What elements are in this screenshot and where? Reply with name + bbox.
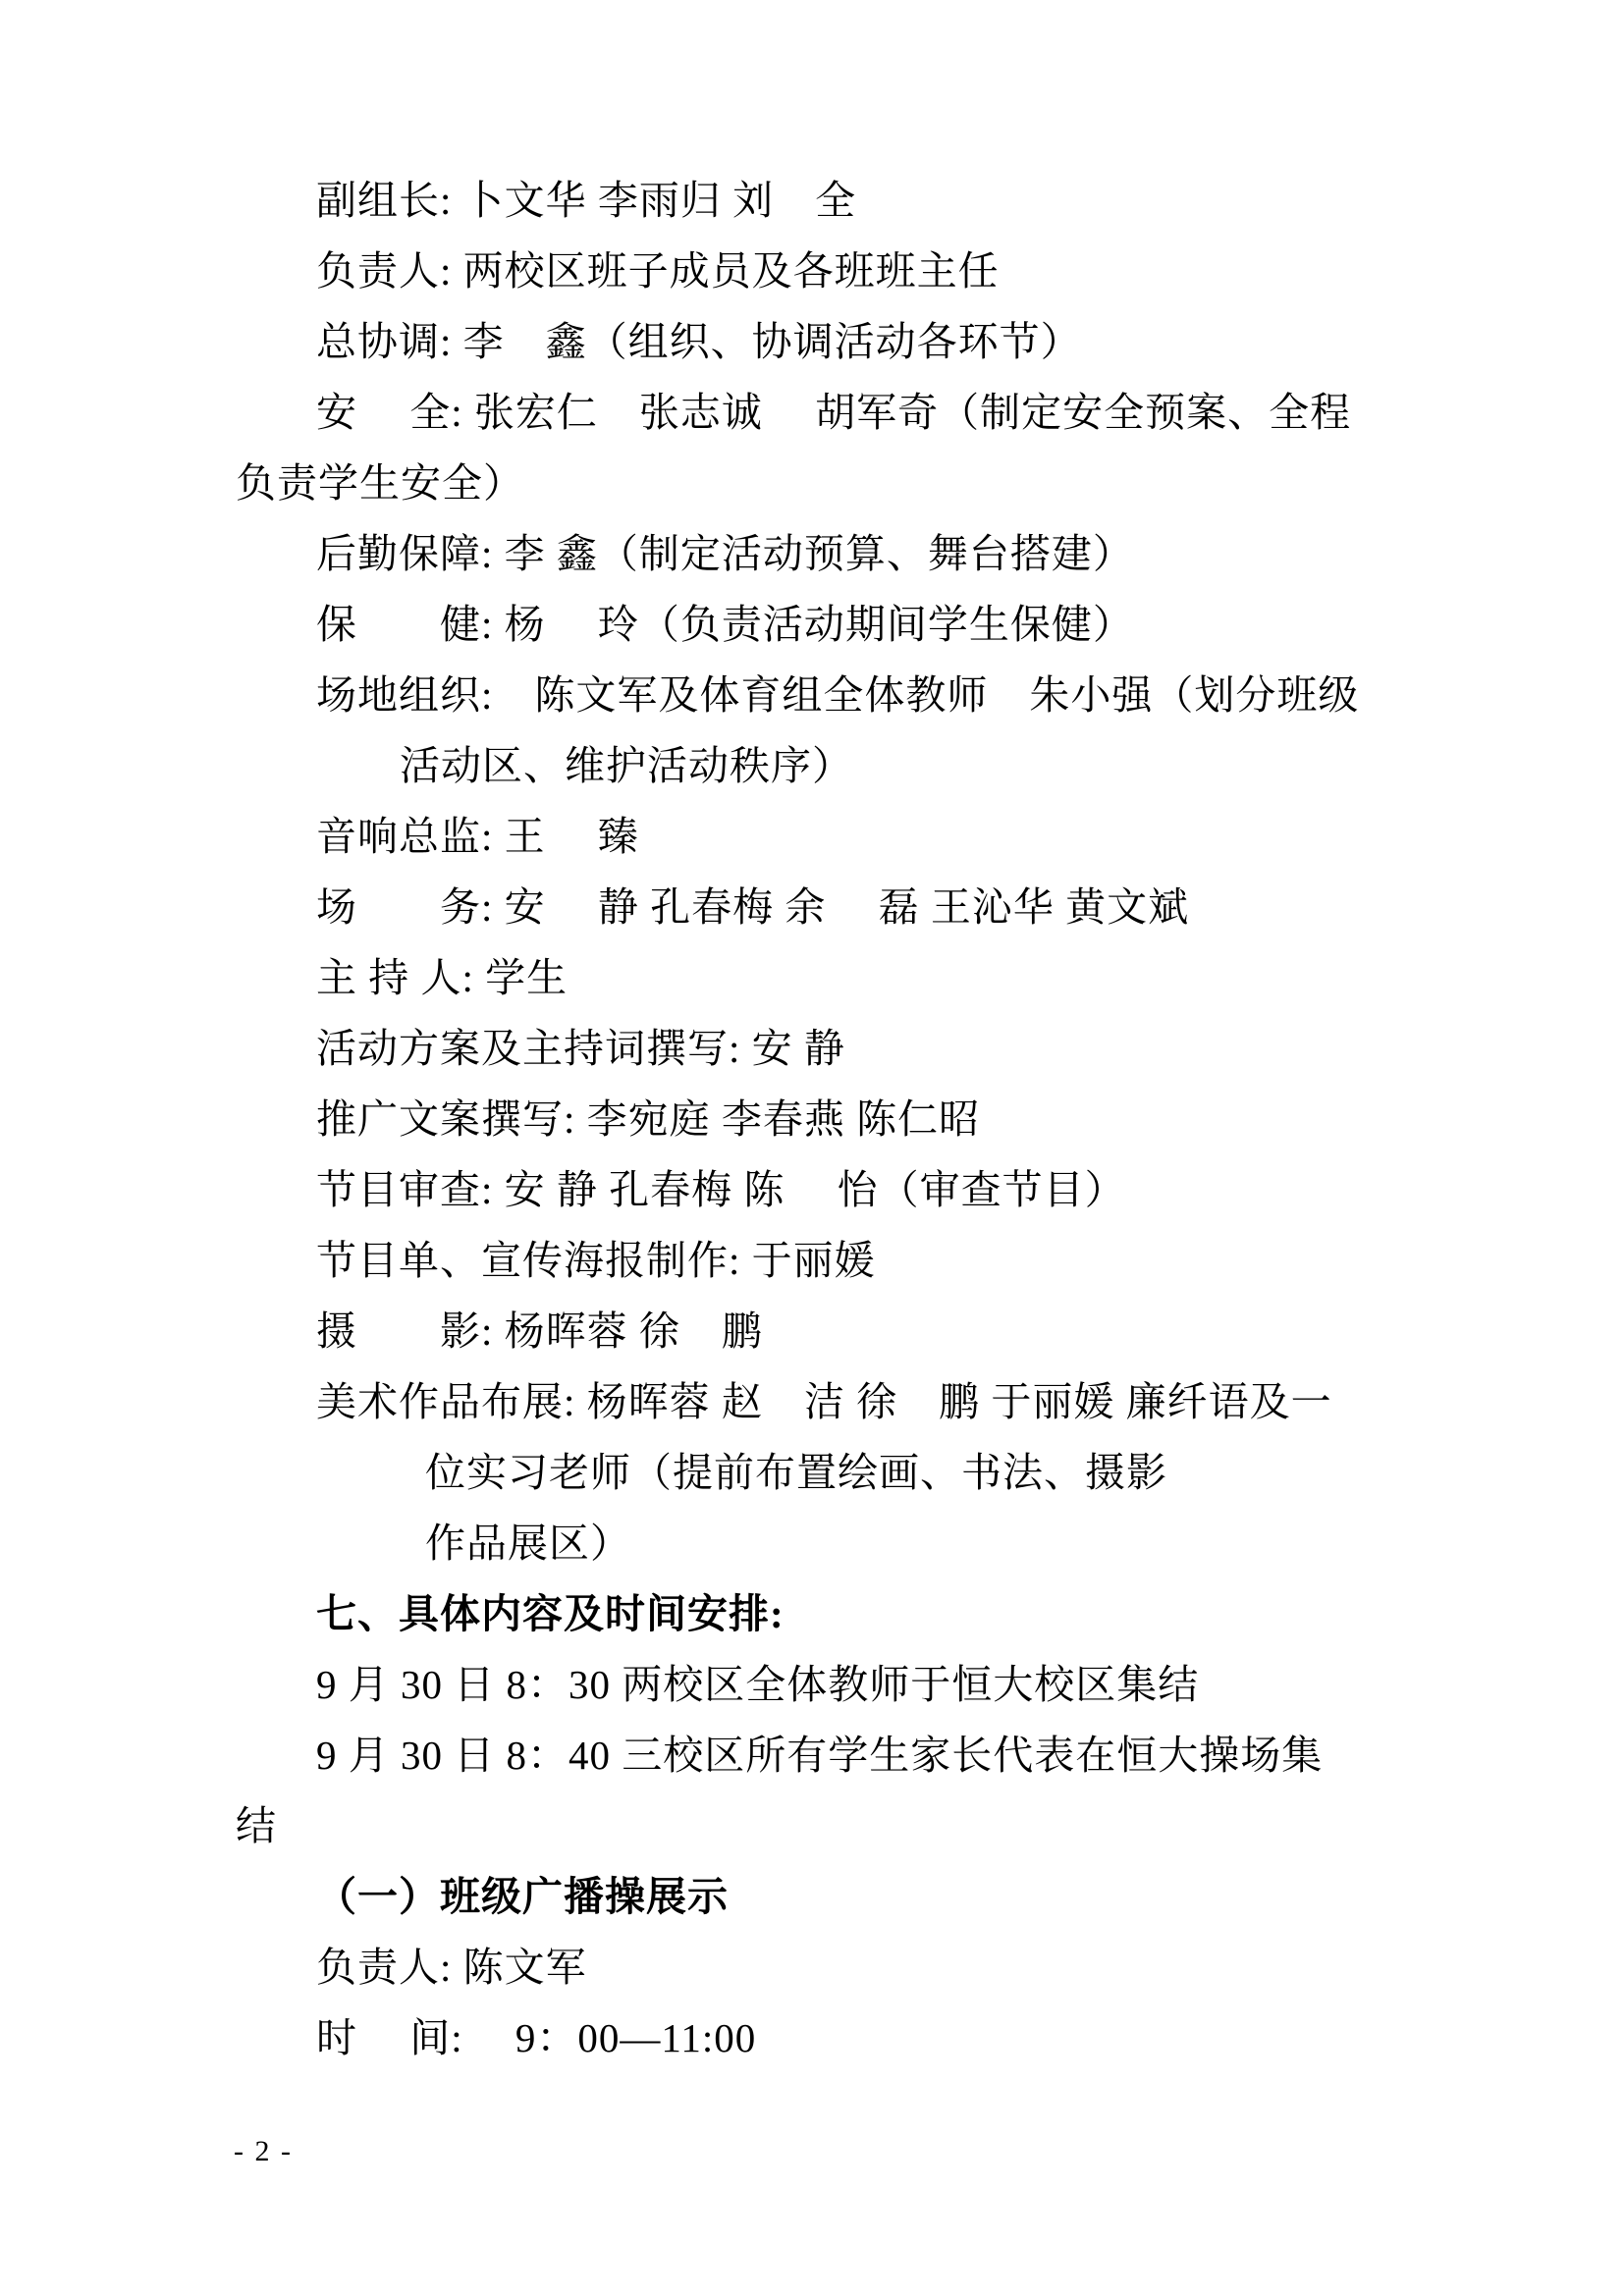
text-line: 活动区、维护活动秩序） [236,730,1414,801]
text-line: 总协调: 李 鑫（组织、协调活动各环节） [236,306,1414,377]
text-line: 音响总监: 王 臻 [236,801,1414,872]
document-page: 副组长: 卜文华 李雨归 刘 全负责人: 两校区班子成员及各班班主任总协调: 李… [0,0,1624,2296]
text-line: 节目审查: 安 静 孔春梅 陈 怡（审查节目） [236,1154,1414,1225]
text-line: 节目单、宣传海报制作: 于丽媛 [236,1225,1414,1296]
page-number: - 2 - [234,2132,293,2171]
text-line: 推广文案撰写: 李宛庭 李春燕 陈仁昭 [236,1084,1414,1154]
text-line: 安 全: 张宏仁 张志诚 胡军奇（制定安全预案、全程 [236,377,1414,448]
text-line: 后勤保障: 李 鑫（制定活动预算、舞台搭建） [236,518,1414,589]
document-body: 副组长: 卜文华 李雨归 刘 全负责人: 两校区班子成员及各班班主任总协调: 李… [236,165,1414,2073]
text-line: 负责学生安全） [236,448,1414,518]
text-line: 负责人: 陈文军 [236,1932,1414,2002]
text-line: 位实习老师（提前布置绘画、书法、摄影 [236,1437,1414,1508]
text-line: 摄 影: 杨晖蓉 徐 鹏 [236,1296,1414,1366]
text-line: 七、具体内容及时间安排: [236,1578,1414,1649]
text-line: 结 [236,1790,1414,1861]
text-line: 美术作品布展: 杨晖蓉 赵 洁 徐 鹏 于丽媛 廉纤语及一 [236,1366,1414,1437]
text-line: 作品展区） [236,1508,1414,1578]
text-line: （一）班级广播操展示 [236,1861,1414,1932]
text-line: 主 持 人: 学生 [236,942,1414,1013]
text-line: 副组长: 卜文华 李雨归 刘 全 [236,165,1414,236]
text-line: 场地组织: 陈文军及体育组全体教师 朱小强（划分班级 [236,660,1414,730]
text-line: 活动方案及主持词撰写: 安 静 [236,1013,1414,1084]
text-line: 时 间: 9：00—11:00 [236,2002,1414,2073]
text-line: 保 健: 杨 玲（负责活动期间学生保健） [236,589,1414,660]
text-line: 场 务: 安 静 孔春梅 余 磊 王沁华 黄文斌 [236,872,1414,942]
text-line: 负责人: 两校区班子成员及各班班主任 [236,236,1414,306]
text-line: 9 月 30 日 8：30 两校区全体教师于恒大校区集结 [236,1649,1414,1720]
text-line: 9 月 30 日 8：40 三校区所有学生家长代表在恒大操场集 [236,1720,1414,1790]
